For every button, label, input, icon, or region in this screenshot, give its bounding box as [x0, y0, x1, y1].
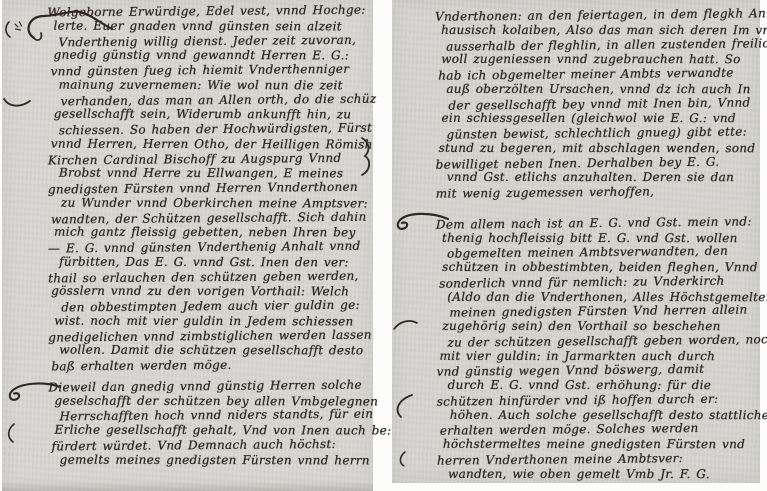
handwritten-line: fürbitten, Das E. G. vnnd Gst. Inen den …	[59, 254, 369, 270]
handwritten-line: günsten bewist, schlechtlich gnueg) gibt…	[446, 124, 755, 142]
handwritten-line: hausisch kolaiben, Also das man sich der…	[441, 23, 755, 38]
handwritten-line: zu Wunder vnnd Oberkirchen meine Amptsve…	[61, 195, 369, 211]
paragraph: Wolgeborne Erwürdige, Edel vest, vnnd Ho…	[47, 4, 369, 374]
handwritten-line: stund zu begeren, mit abschlagen wenden,…	[439, 141, 756, 156]
handwriting-block-left: Wolgeborne Erwürdige, Edel vest, vnnd Ho…	[47, 4, 369, 468]
handwritten-line: — E. G. vnnd günsten Vnderthenig Anhalt …	[48, 239, 369, 257]
handwriting-block-right: Vnderthonen: an den feiertagen, in dem f…	[435, 7, 757, 482]
handwritten-line: wandten, wie oben gemelt Vmb Jr. F. G.	[448, 466, 757, 481]
handwritten-line: zu der schützen gesellschafft geben word…	[447, 332, 756, 350]
margin-curl-flourish	[392, 392, 416, 420]
handwritten-line: meinen gnedigsten Fürsten Vnd herren all…	[449, 303, 756, 321]
handwritten-line: vnnd günsten fueg ich hiemit Vnderthenni…	[51, 62, 369, 80]
handwritten-line: zugehörig sein) den Vorthail so beschehe…	[442, 319, 756, 334]
handwritten-line: auß oberzölten Ursachen, vnnd dz ich auc…	[446, 82, 755, 97]
handwritten-line: gnedigsten Fürsten vnnd Herren Vnndertho…	[48, 180, 369, 198]
handwritten-line: Dem allem nach ist an E. G. vnd Gst. mei…	[436, 214, 756, 232]
handwritten-line: wist. noch mit vier guldin in Jedem schi…	[54, 313, 369, 329]
manuscript-page-right: Vnderthonen: an den feiertagen, in dem f…	[392, 0, 760, 483]
margin-curl-flourish	[392, 316, 418, 332]
margin-tilde-flourish	[2, 94, 32, 110]
handwritten-line: durch E. G. vnnd Gst. erhöhung: für die	[448, 378, 757, 393]
handwritten-line: Erliche gesellschafft gehalt, Vnd von In…	[54, 423, 369, 439]
handwritten-line: Vnderthonen: an den feiertagen, in dem f…	[435, 6, 755, 24]
handwritten-line: schützen hinfürder vnd iß hoffen durch e…	[437, 391, 757, 409]
handwritten-line: Dieweil dan gnedig vnnd günstig Herren s…	[48, 377, 369, 395]
handwritten-line: mit wenig zugemessen verhoffen,	[436, 183, 756, 201]
handwritten-line: fürdert würdet. Vnd Demnach auch höchst:	[52, 436, 370, 454]
handwritten-line: schiessen. So haben der Hochwürdigsten, …	[59, 121, 369, 138]
paragraph: Vnderthonen: an den feiertagen, in dem f…	[435, 7, 756, 200]
handwritten-line: höchstermeltes meine gnedigsten Fürsten …	[443, 437, 757, 452]
handwritten-line: gemelts meines gnedigsten Fürsten vnnd h…	[60, 452, 370, 468]
handwritten-line: Wolgeborne Erwürdige, Edel vest, vnnd Ho…	[47, 3, 368, 21]
paragraph: Dieweil dan gnedig vnnd günstig Herren s…	[48, 378, 369, 467]
handwritten-line: herren Vnderthonen meine Ambtsver:	[437, 450, 757, 468]
manuscript-page-left: Wolgeborne Erwürdige, Edel vest, vnnd Ho…	[2, 0, 373, 491]
handwritten-line: obgemelten meinen Ambtsverwandten, den	[447, 244, 756, 262]
handwritten-line: den obbestimpten Jedem auch vier guldin …	[61, 298, 369, 315]
handwritten-line: vnnd Herren, Herren Otho, der Heilligen …	[51, 136, 369, 152]
handwritten-line: schützen in obbestimbten, beiden fleghen…	[442, 260, 756, 275]
handwritten-line: hab ich obgemelter meiner Ambts verwandt…	[438, 65, 755, 83]
handwritten-line: mainung zuvernemen: Wie wol nun die zeit	[59, 77, 369, 93]
margin-paren-mark	[396, 450, 408, 468]
paragraph: Dem allem nach ist an E. G. vnd Gst. mei…	[436, 215, 757, 482]
handwritten-line: baß erhalten werden möge.	[51, 357, 369, 375]
manuscript-scan: Wolgeborne Erwürdige, Edel vest, vnnd Ho…	[0, 0, 767, 491]
handwritten-line: sonderlich vnnd für nemlich: zu Vnderkir…	[439, 273, 756, 291]
margin-paren-mark	[4, 422, 18, 444]
handwritten-line: lerte. Euer gnaden vnnd günsten sein alz…	[53, 18, 368, 34]
